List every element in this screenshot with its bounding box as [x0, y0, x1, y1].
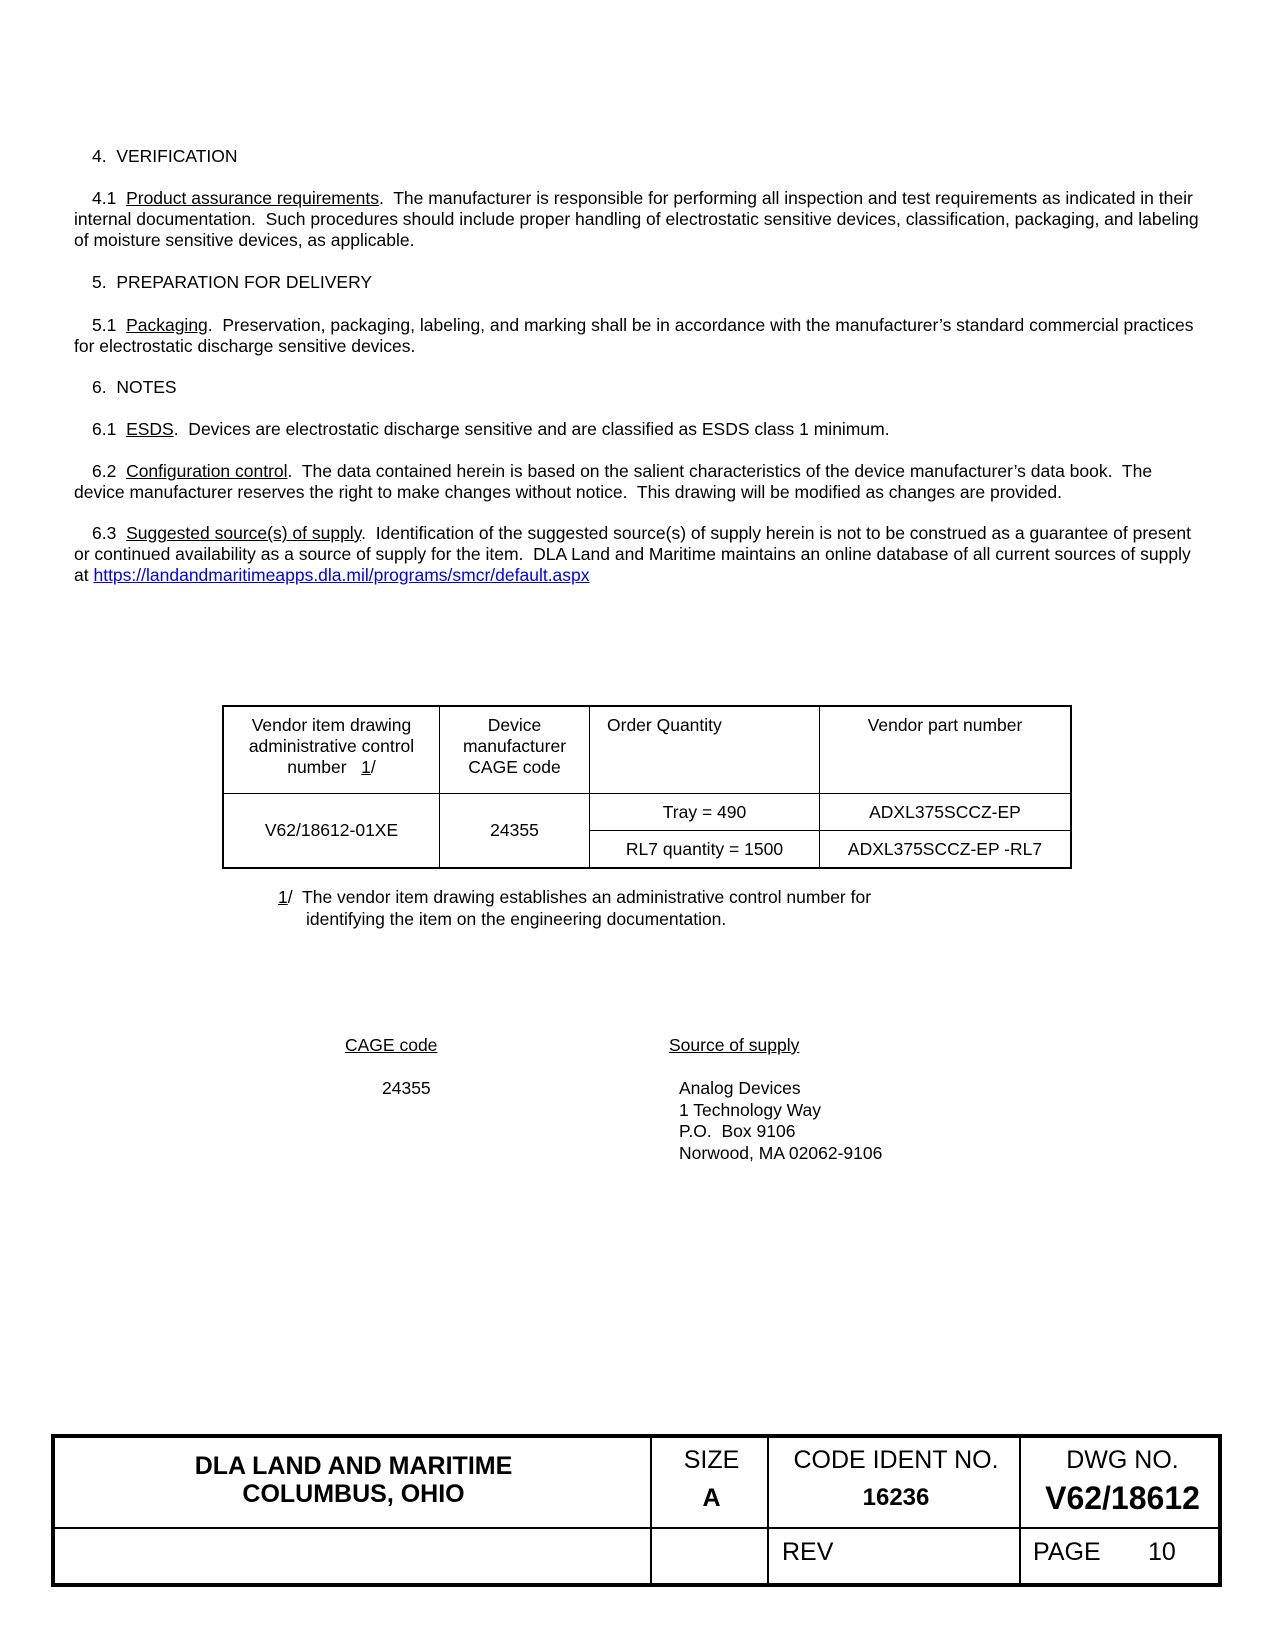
section-body: . Devices are electrostatic discharge se…: [174, 419, 890, 439]
footnote-ref: 1: [361, 757, 371, 777]
header-text: /: [371, 757, 376, 777]
header-admin-number: Vendor item drawing administrative contr…: [223, 706, 440, 794]
header-text: CAGE code: [440, 757, 589, 778]
section-4-heading: 4. VERIFICATION: [74, 146, 1222, 167]
section-6-heading: 6. NOTES: [74, 377, 1222, 398]
page-label: PAGE: [1033, 1538, 1101, 1567]
section-title: Packaging: [126, 315, 208, 335]
address-line: P.O. Box 9106: [679, 1121, 882, 1143]
size-value: A: [654, 1484, 769, 1513]
section-number: 4.1: [74, 188, 126, 208]
table-row: V62/18612-01XE 24355 Tray = 490 ADXL375S…: [223, 794, 1071, 831]
section-4-1-paragraph: 4.1 Product assurance requirements. The …: [74, 188, 1204, 251]
header-text: administrative control: [224, 736, 439, 757]
vendor-item-table: Vendor item drawing administrative contr…: [222, 705, 1072, 869]
dwg-no-label: DWG NO.: [1023, 1446, 1222, 1475]
org-line: COLUMBUS, OHIO: [55, 1480, 652, 1508]
dwg-no-value: V62/18612: [1023, 1480, 1222, 1517]
cell-part-number: ADXL375SCCZ-EP -RL7: [820, 831, 1072, 869]
section-5-heading: 5. PREPARATION FOR DELIVERY: [74, 272, 1222, 293]
cell-part-number: ADXL375SCCZ-EP: [820, 794, 1072, 831]
organization-name: DLA LAND AND MARITIME COLUMBUS, OHIO: [55, 1452, 652, 1508]
smcr-database-link[interactable]: https://landandmaritimeapps.dla.mil/prog…: [93, 565, 589, 585]
size-label: SIZE: [654, 1446, 769, 1475]
section-6-1-paragraph: 6.1 ESDS. Devices are electrostatic disc…: [74, 419, 1204, 440]
footnote-text: identifying the item on the engineering …: [278, 908, 871, 930]
header-text: manufacturer: [440, 736, 589, 757]
code-ident-label: CODE IDENT NO.: [771, 1446, 1021, 1475]
drawing-title-block: DLA LAND AND MARITIME COLUMBUS, OHIO SIZ…: [51, 1434, 1222, 1587]
section-number: 5.1: [74, 315, 126, 335]
address-line: 1 Technology Way: [679, 1100, 882, 1122]
cell-order-quantity: Tray = 490: [590, 794, 820, 831]
section-6-2-paragraph: 6.2 Configuration control. The data cont…: [74, 461, 1204, 503]
code-ident-value: 16236: [771, 1484, 1021, 1512]
section-number: 6.1: [74, 419, 126, 439]
header-text: number 1/: [224, 757, 439, 778]
page-number: 10: [1148, 1538, 1176, 1567]
header-vendor-part-number: Vendor part number: [820, 706, 1072, 794]
footnote-text: The vendor item drawing establishes an a…: [293, 887, 871, 907]
header-text: Source of supply: [669, 1035, 799, 1055]
address-line: Norwood, MA 02062-9106: [679, 1143, 882, 1165]
section-title: ESDS: [126, 419, 174, 439]
address-line: Analog Devices: [679, 1078, 882, 1100]
footnote-marker: 1: [278, 887, 288, 907]
section-title: Configuration control: [126, 461, 287, 481]
source-of-supply-header: Source of supply: [669, 1035, 799, 1056]
section-number: 6.3: [74, 523, 126, 543]
section-title: Suggested source(s) of supply: [126, 523, 361, 543]
section-5-1-paragraph: 5.1 Packaging. Preservation, packaging, …: [74, 315, 1204, 357]
header-text: Vendor item drawing: [224, 715, 439, 736]
header-text: number: [287, 757, 361, 777]
cell-admin-number: V62/18612-01XE: [223, 794, 440, 869]
header-text: Device: [440, 715, 589, 736]
header-cage-code: Device manufacturer CAGE code: [440, 706, 590, 794]
org-line: DLA LAND AND MARITIME: [55, 1452, 652, 1480]
rev-label: REV: [782, 1538, 833, 1567]
table-footnote: 1/ The vendor item drawing establishes a…: [278, 886, 871, 930]
header-text: CAGE code: [345, 1035, 437, 1055]
cage-code-value: 24355: [382, 1078, 431, 1099]
cell-order-quantity: RL7 quantity = 1500: [590, 831, 820, 869]
section-number: 6.2: [74, 461, 126, 481]
section-title: Product assurance requirements: [126, 188, 379, 208]
section-body: . Preservation, packaging, labeling, and…: [74, 315, 1198, 356]
table-header-row: Vendor item drawing administrative contr…: [223, 706, 1071, 794]
cage-code-header: CAGE code: [345, 1035, 437, 1056]
cell-cage-code: 24355: [440, 794, 590, 869]
section-6-3-paragraph: 6.3 Suggested source(s) of supply. Ident…: [74, 523, 1204, 586]
source-of-supply-address: Analog Devices 1 Technology Way P.O. Box…: [679, 1078, 882, 1164]
divider: [55, 1527, 1218, 1529]
footnote-line: 1/ The vendor item drawing establishes a…: [278, 886, 871, 908]
header-order-quantity: Order Quantity: [590, 706, 820, 794]
